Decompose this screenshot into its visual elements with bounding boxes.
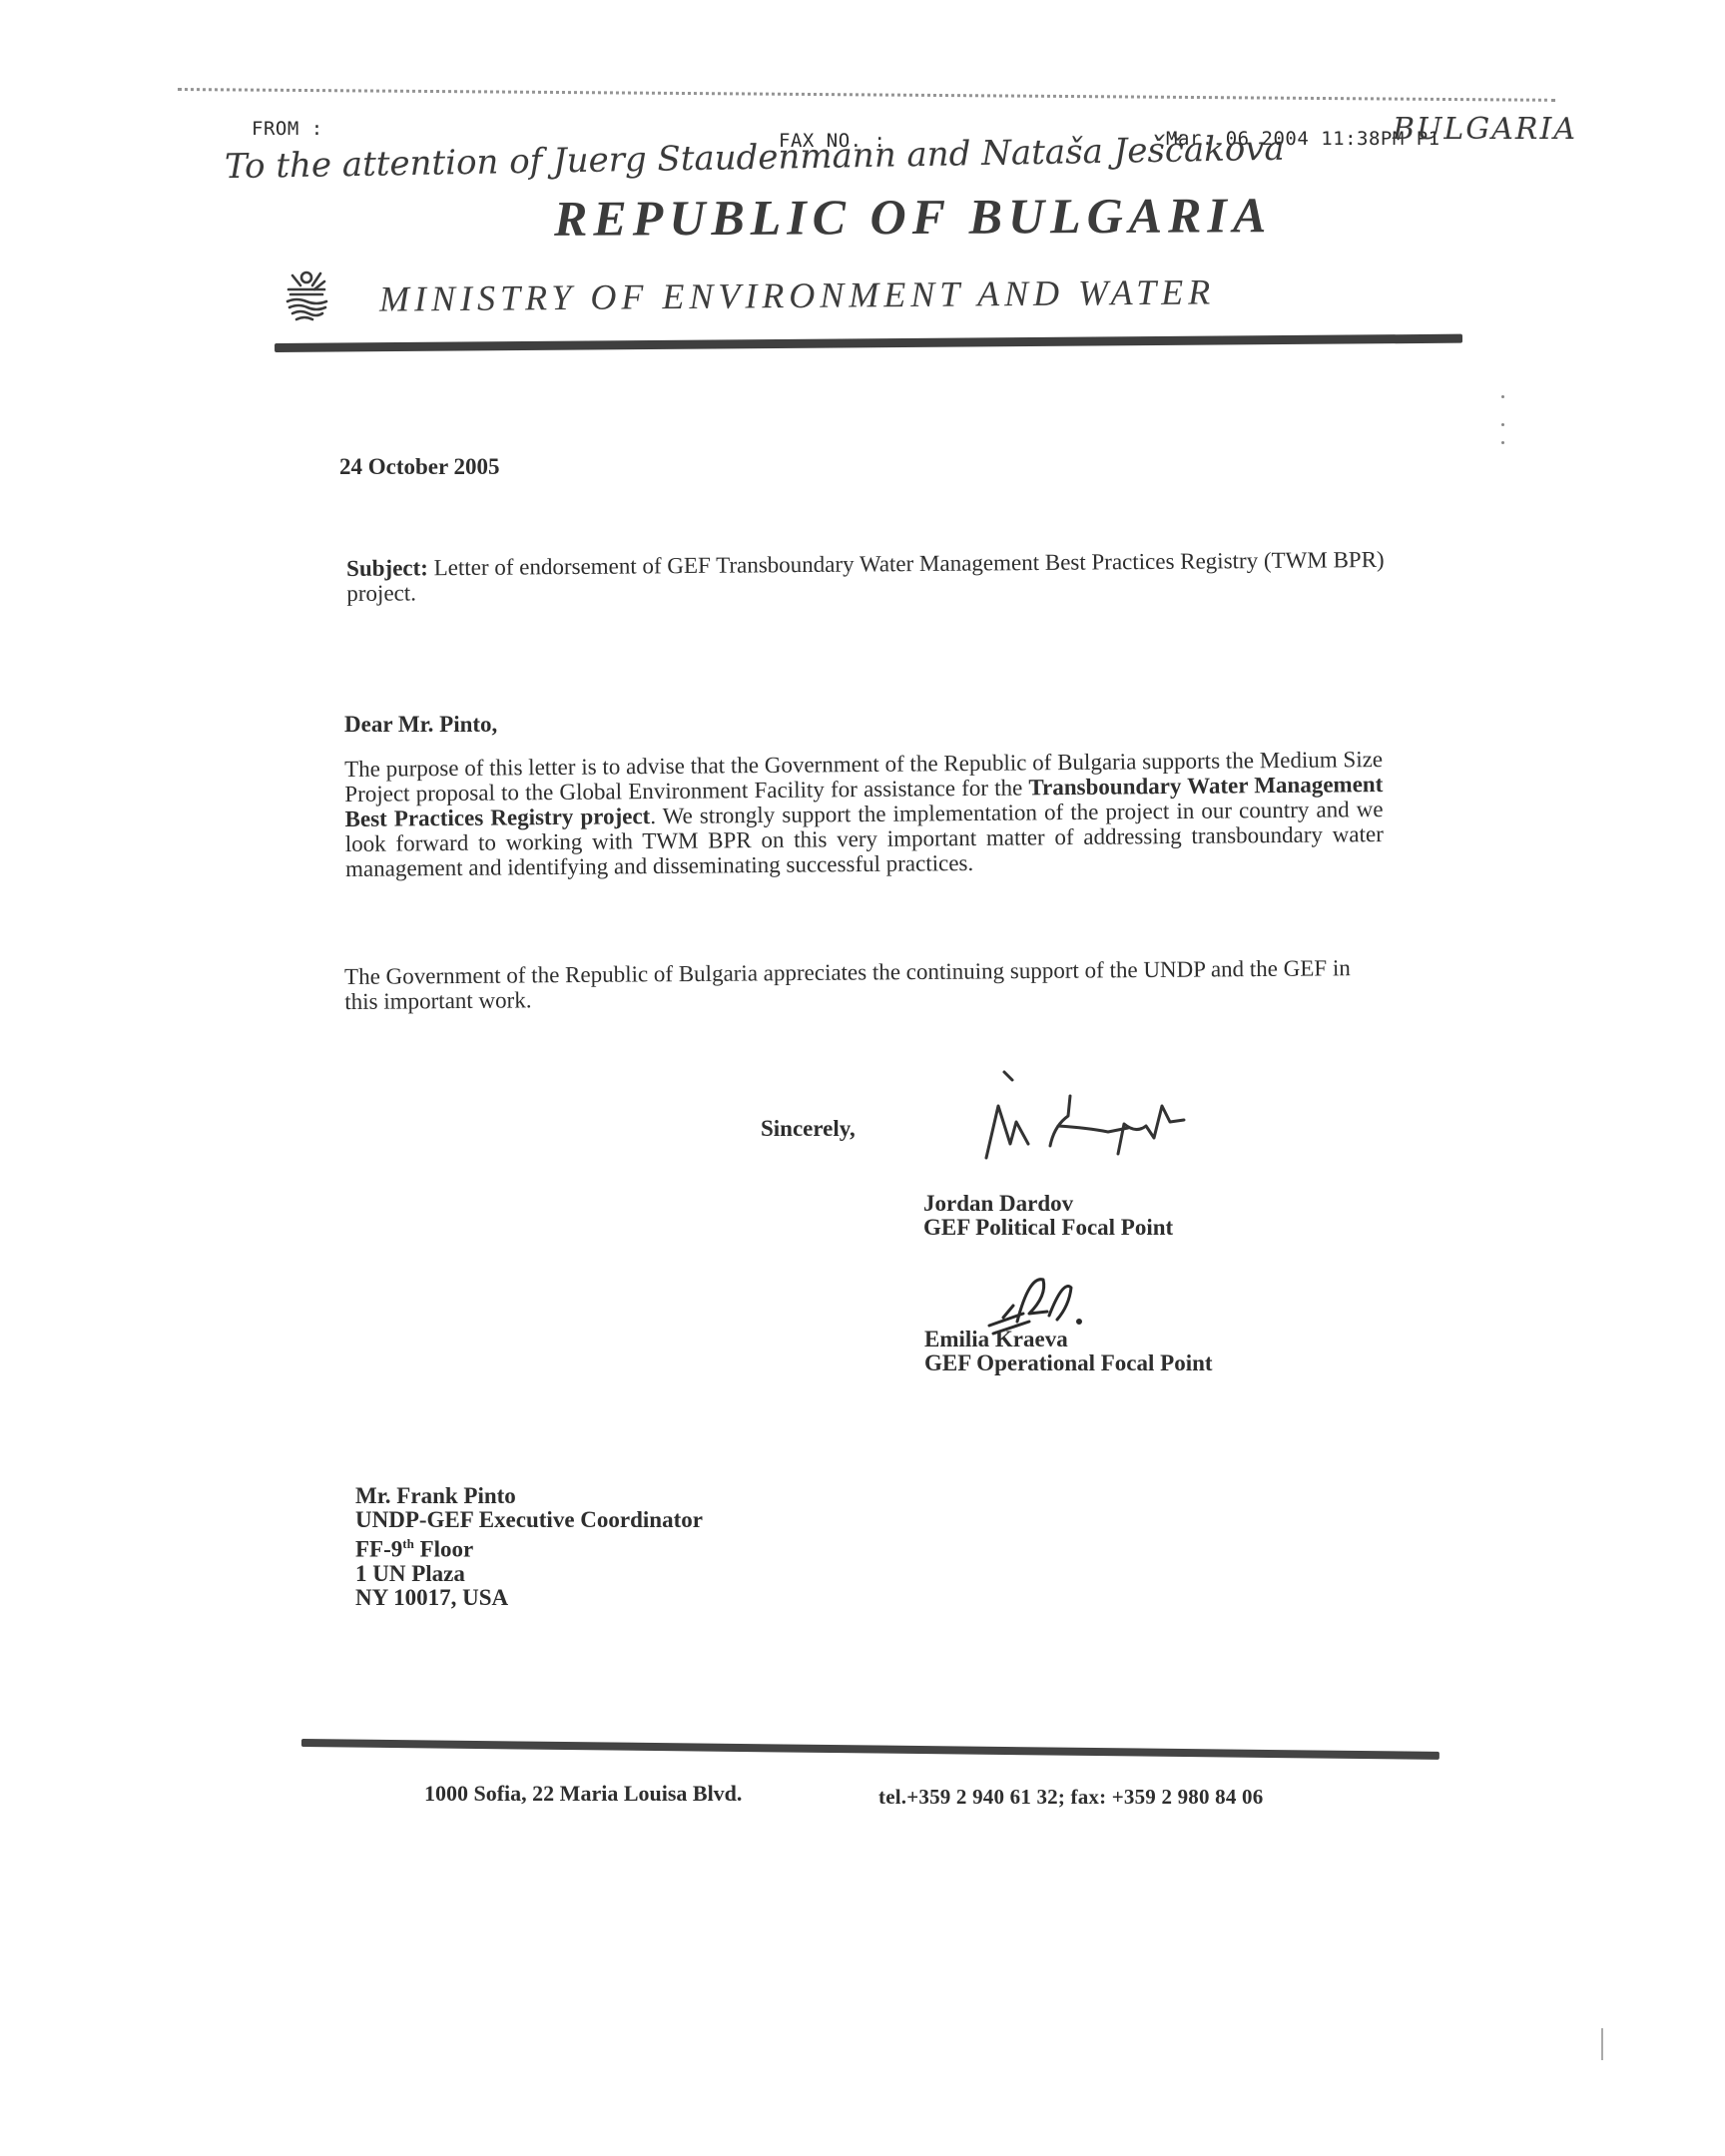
signatory-2: Emilia Kraeva GEF Operational Focal Poin… <box>924 1328 1213 1375</box>
letter-paragraph-1: The purpose of this letter is to advise … <box>344 747 1384 881</box>
scan-speck <box>1501 395 1504 398</box>
scan-speck <box>1501 441 1504 444</box>
recipient-city: NY 10017, USA <box>355 1586 703 1610</box>
signature-jordan-dardov <box>958 1066 1198 1166</box>
handwritten-attention-note: To the attention of Juerg Staudenmann an… <box>225 129 1285 188</box>
scan-speck <box>1501 423 1504 426</box>
signatory-1-name: Jordan Dardov <box>923 1192 1173 1216</box>
signatory-2-name: Emilia Kraeva <box>924 1328 1213 1351</box>
fax-from-label: FROM : <box>252 118 323 140</box>
handwritten-country-note: BULGARIA <box>1393 112 1577 147</box>
letter-salutation: Dear Mr. Pinto, <box>344 712 497 737</box>
signatory-2-title: GEF Operational Focal Point <box>924 1351 1213 1375</box>
subject-label: Subject: <box>346 555 428 581</box>
letter-date: 24 October 2005 <box>339 454 500 479</box>
recipient-street: 1 UN Plaza <box>355 1562 703 1586</box>
letter-paragraph-2: The Government of the Republic of Bulgar… <box>344 955 1383 1014</box>
ministry-emblem-icon <box>285 268 330 329</box>
footer-divider <box>301 1739 1439 1760</box>
letterhead-divider <box>275 334 1462 352</box>
letter-closing: Sincerely, <box>761 1116 856 1141</box>
scan-margin-mark <box>1601 2028 1603 2060</box>
letterhead-ministry: MINISTRY OF ENVIRONMENT AND WATER <box>379 270 1216 319</box>
fax-dotted-separator <box>178 88 1555 102</box>
footer-contact: tel.+359 2 940 61 32; fax: +359 2 980 84… <box>878 1785 1263 1810</box>
signatory-1: Jordan Dardov GEF Political Focal Point <box>923 1192 1173 1240</box>
letterhead-country: REPUBLIC OF BULGARIA <box>554 186 1273 248</box>
letter-subject: Subject: Letter of endorsement of GEF Tr… <box>346 547 1385 606</box>
signatory-1-title: GEF Political Focal Point <box>923 1216 1173 1240</box>
subject-text: Letter of endorsement of GEF Transbounda… <box>346 547 1385 606</box>
recipient-position: UNDP-GEF Executive Coordinator <box>355 1508 703 1532</box>
recipient-name: Mr. Frank Pinto <box>355 1484 703 1508</box>
recipient-floor: FF-9th Floor <box>355 1532 703 1562</box>
recipient-address: Mr. Frank Pinto UNDP-GEF Executive Coord… <box>355 1484 703 1610</box>
footer-address: 1000 Sofia, 22 Maria Louisa Blvd. <box>424 1781 742 1806</box>
